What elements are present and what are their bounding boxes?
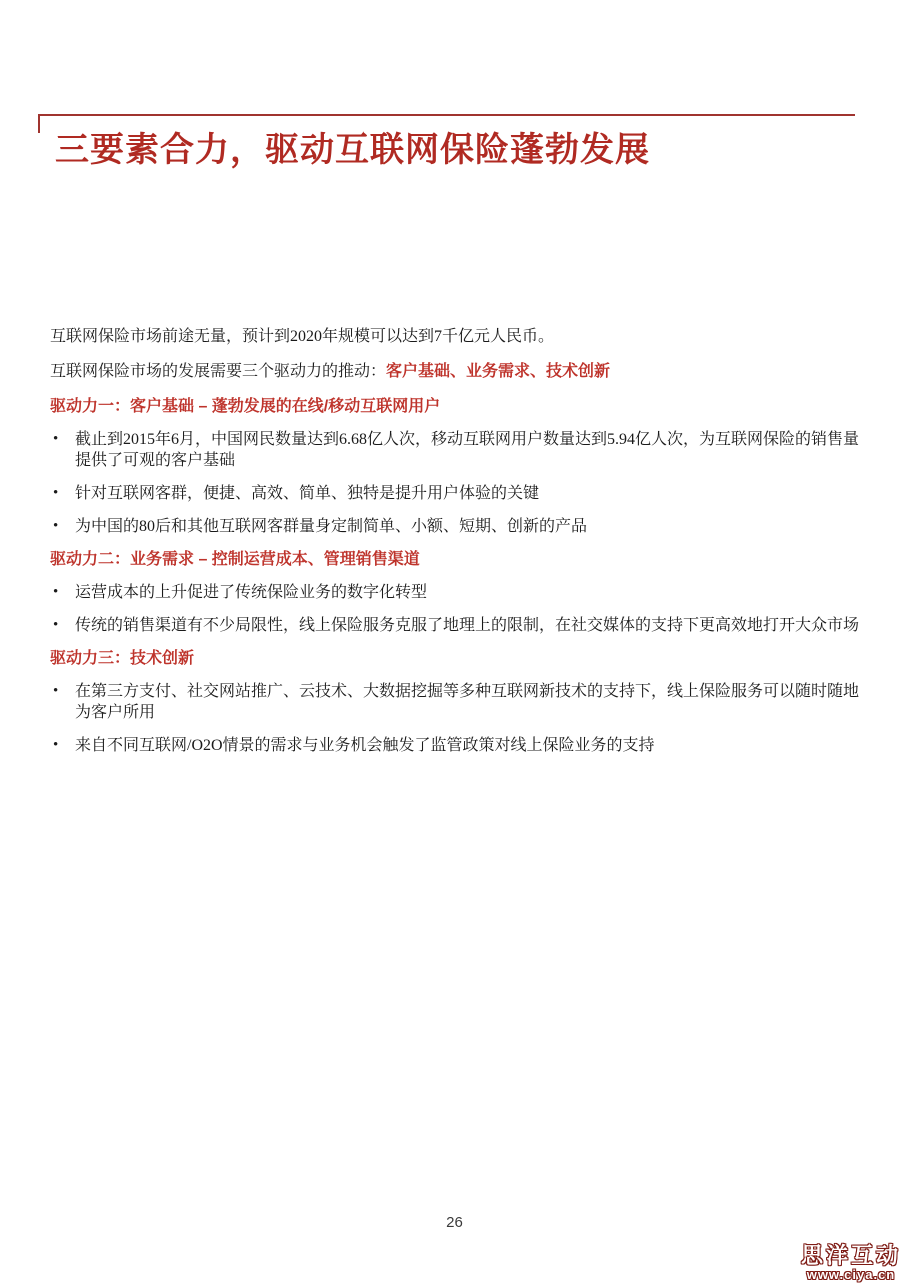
- intro-paragraph-2-highlight: 客户基础、业务需求、技术创新: [386, 363, 610, 380]
- bullet-item: 来自不同互联网/O2O情景的需求与业务机会触发了监管政策对线上保险业务的支持: [50, 735, 868, 756]
- section-1-bullet-list: 截止到2015年6月，中国网民数量达到6.68亿人次，移动互联网用户数量达到5.…: [50, 429, 868, 537]
- page-number: 26: [0, 1214, 909, 1231]
- bullet-item: 截止到2015年6月，中国网民数量达到6.68亿人次，移动互联网用户数量达到5.…: [50, 429, 868, 471]
- watermark: 思洋互动 www.ciya.cn: [801, 1244, 901, 1282]
- bullet-item: 传统的销售渠道有不少局限性，线上保险服务克服了地理上的限制，在社交媒体的支持下更…: [50, 615, 868, 636]
- bullet-item: 运营成本的上升促进了传统保险业务的数字化转型: [50, 582, 868, 603]
- intro-paragraph-2-text: 互联网保险市场的发展需要三个驱动力的推动：: [50, 363, 386, 380]
- page-title: 三要素合力，驱动互联网保险蓬勃发展: [55, 128, 650, 172]
- section-3-bullet-list: 在第三方支付、社交网站推广、云技术、大数据挖掘等多种互联网新技术的支持下，线上保…: [50, 681, 868, 756]
- content-area: 互联网保险市场前途无量，预计到2020年规模可以达到7千亿元人民币。 互联网保险…: [50, 326, 868, 768]
- title-top-rule: [38, 114, 855, 116]
- bullet-item: 在第三方支付、社交网站推广、云技术、大数据挖掘等多种互联网新技术的支持下，线上保…: [50, 681, 868, 723]
- title-corner-rule: [38, 114, 40, 133]
- watermark-url: www.ciya.cn: [801, 1268, 901, 1282]
- section-2-bullet-list: 运营成本的上升促进了传统保险业务的数字化转型 传统的销售渠道有不少局限性，线上保…: [50, 582, 868, 636]
- bullet-item: 针对互联网客群，便捷、高效、简单、独特是提升用户体验的关键: [50, 483, 868, 504]
- document-page: 三要素合力，驱动互联网保险蓬勃发展 互联网保险市场前途无量，预计到2020年规模…: [0, 0, 909, 1286]
- bullet-item: 为中国的80后和其他互联网客群量身定制简单、小额、短期、创新的产品: [50, 516, 868, 537]
- section-3-heading: 驱动力三：技术创新: [50, 648, 868, 669]
- intro-paragraph-2: 互联网保险市场的发展需要三个驱动力的推动：客户基础、业务需求、技术创新: [50, 361, 868, 382]
- intro-paragraph-1: 互联网保险市场前途无量，预计到2020年规模可以达到7千亿元人民币。: [50, 326, 868, 347]
- watermark-brand: 思洋互动: [801, 1244, 901, 1268]
- section-2-heading: 驱动力二：业务需求 – 控制运营成本、管理销售渠道: [50, 549, 868, 570]
- section-1-heading: 驱动力一：客户基础 – 蓬勃发展的在线/移动互联网用户: [50, 396, 868, 417]
